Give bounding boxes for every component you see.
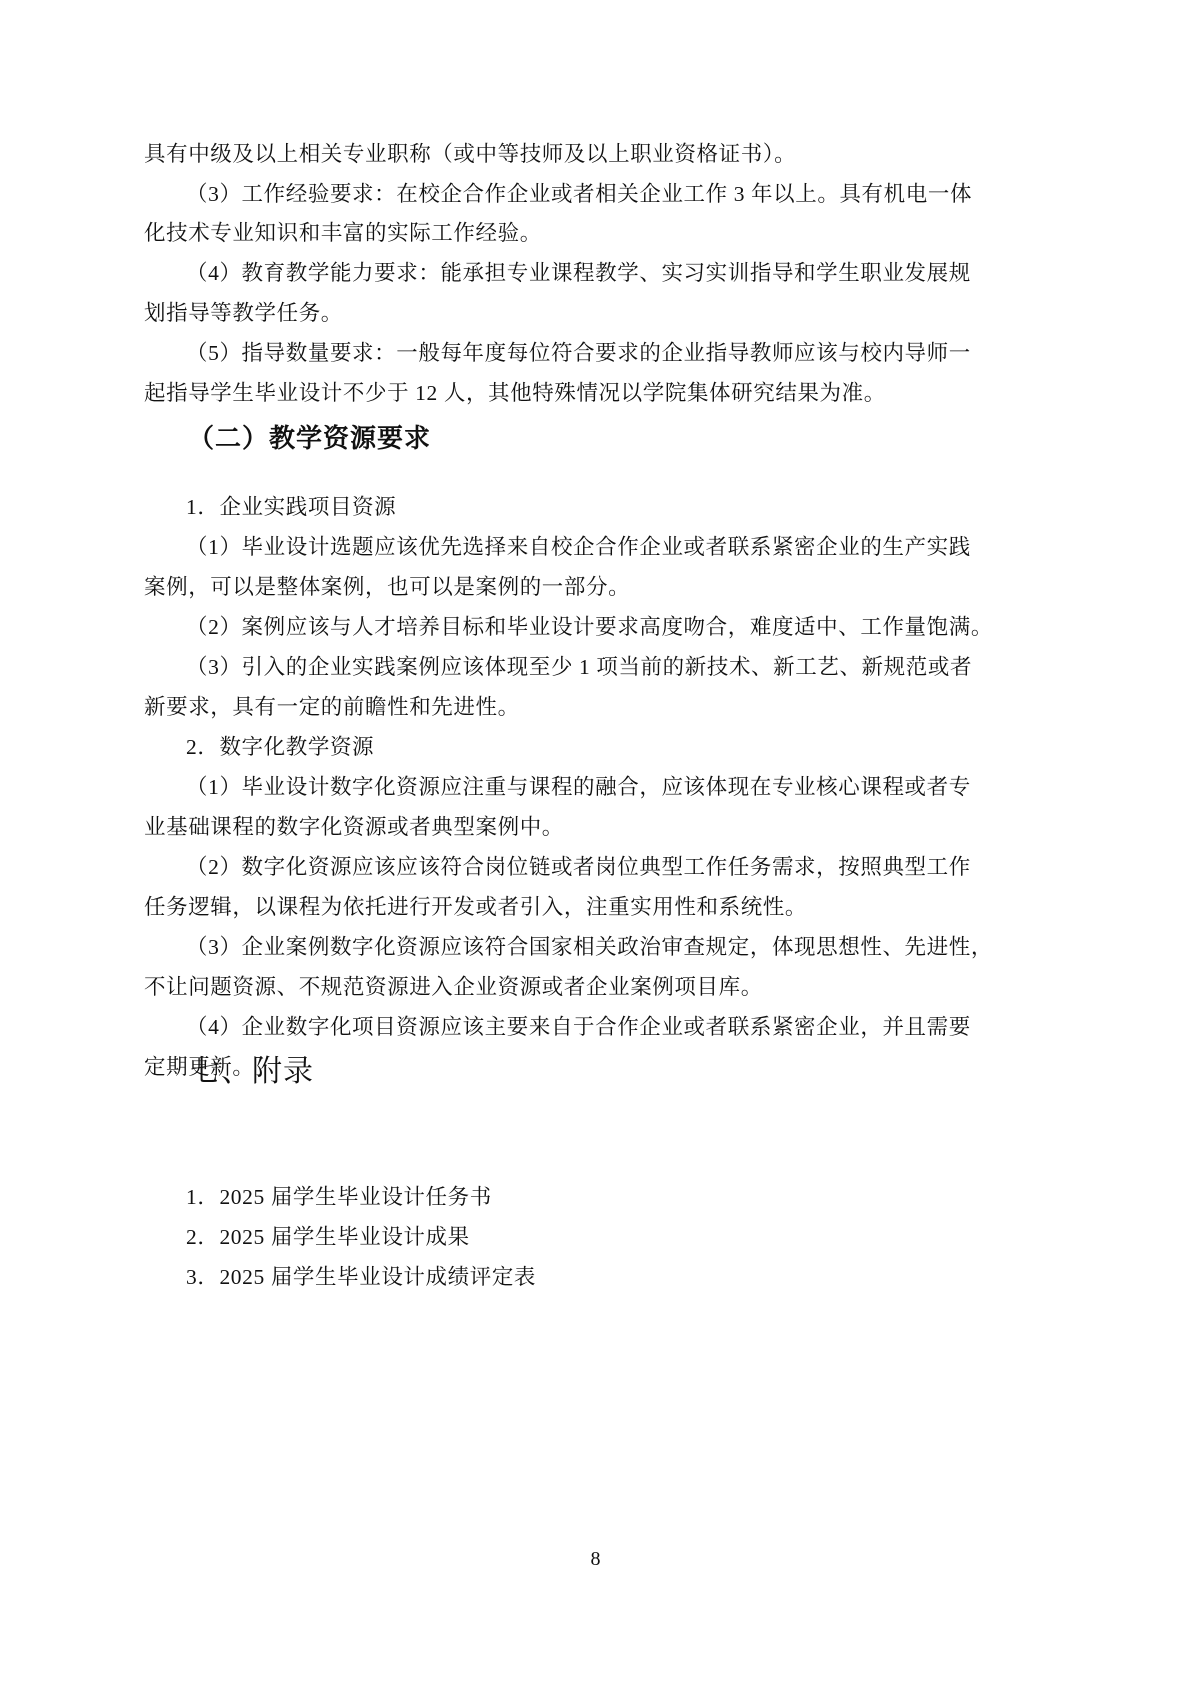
paragraph-line: 2．数字化教学资源 xyxy=(186,732,1086,762)
paragraph-line: 业基础课程的数字化资源或者典型案例中。 xyxy=(144,812,1044,842)
paragraph-line: （3）工作经验要求：在校企合作企业或者相关企业工作 3 年以上。具有机电一体 xyxy=(186,179,1086,209)
paragraph-line: （2）数字化资源应该应该符合岗位链或者岗位典型工作任务需求，按照典型工作 xyxy=(186,852,1086,882)
paragraph-line: 不让问题资源、不规范资源进入企业资源或者企业案例项目库。 xyxy=(144,972,1044,1002)
paragraph-line: （1）毕业设计选题应该优先选择来自校企合作企业或者联系紧密企业的生产实践 xyxy=(186,532,1086,562)
paragraph-line: 起指导学生毕业设计不少于 12 人，其他特殊情况以学院集体研究结果为准。 xyxy=(144,378,1044,408)
section-heading-appendix: 七、附录 xyxy=(190,1046,314,1090)
paragraph-line: 新要求，具有一定的前瞻性和先进性。 xyxy=(144,692,1044,722)
paragraph-line: 案例，可以是整体案例，也可以是案例的一部分。 xyxy=(144,572,1044,602)
document-page: 具有中级及以上相关专业职称（或中等技师及以上职业资格证书）。（3）工作经验要求：… xyxy=(0,0,1191,1684)
paragraph-line: （3）企业案例数字化资源应该符合国家相关政治审查规定，体现思想性、先进性， xyxy=(186,932,1086,962)
paragraph-line: （4）教育教学能力要求：能承担专业课程教学、实习实训指导和学生职业发展规 xyxy=(186,258,1086,288)
appendix-item: 1．2025 届学生毕业设计任务书 xyxy=(186,1182,1086,1212)
paragraph-line: （4）企业数字化项目资源应该主要来自于合作企业或者联系紧密企业，并且需要 xyxy=(186,1012,1086,1042)
paragraph-line: 1．企业实践项目资源 xyxy=(186,492,1086,522)
appendix-item: 2．2025 届学生毕业设计成果 xyxy=(186,1222,1086,1252)
paragraph-line: 具有中级及以上相关专业职称（或中等技师及以上职业资格证书）。 xyxy=(144,139,1044,169)
paragraph-line: （1）毕业设计数字化资源应注重与课程的融合，应该体现在专业核心课程或者专 xyxy=(186,772,1086,802)
paragraph-line: 任务逻辑，以课程为依托进行开发或者引入，注重实用性和系统性。 xyxy=(144,892,1044,922)
paragraph-line: （3）引入的企业实践案例应该体现至少 1 项当前的新技术、新工艺、新规范或者 xyxy=(186,652,1086,682)
section-heading-teaching-resources: （二）教学资源要求 xyxy=(188,418,431,455)
page-number: 8 xyxy=(0,1548,1191,1571)
paragraph-line: （2）案例应该与人才培养目标和毕业设计要求高度吻合，难度适中、工作量饱满。 xyxy=(186,612,1086,642)
paragraph-line: （5）指导数量要求：一般每年度每位符合要求的企业指导教师应该与校内导师一 xyxy=(186,338,1086,368)
appendix-item: 3．2025 届学生毕业设计成绩评定表 xyxy=(186,1262,1086,1292)
paragraph-line: 化技术专业知识和丰富的实际工作经验。 xyxy=(144,218,1044,248)
paragraph-line: 划指导等教学任务。 xyxy=(144,298,1044,328)
